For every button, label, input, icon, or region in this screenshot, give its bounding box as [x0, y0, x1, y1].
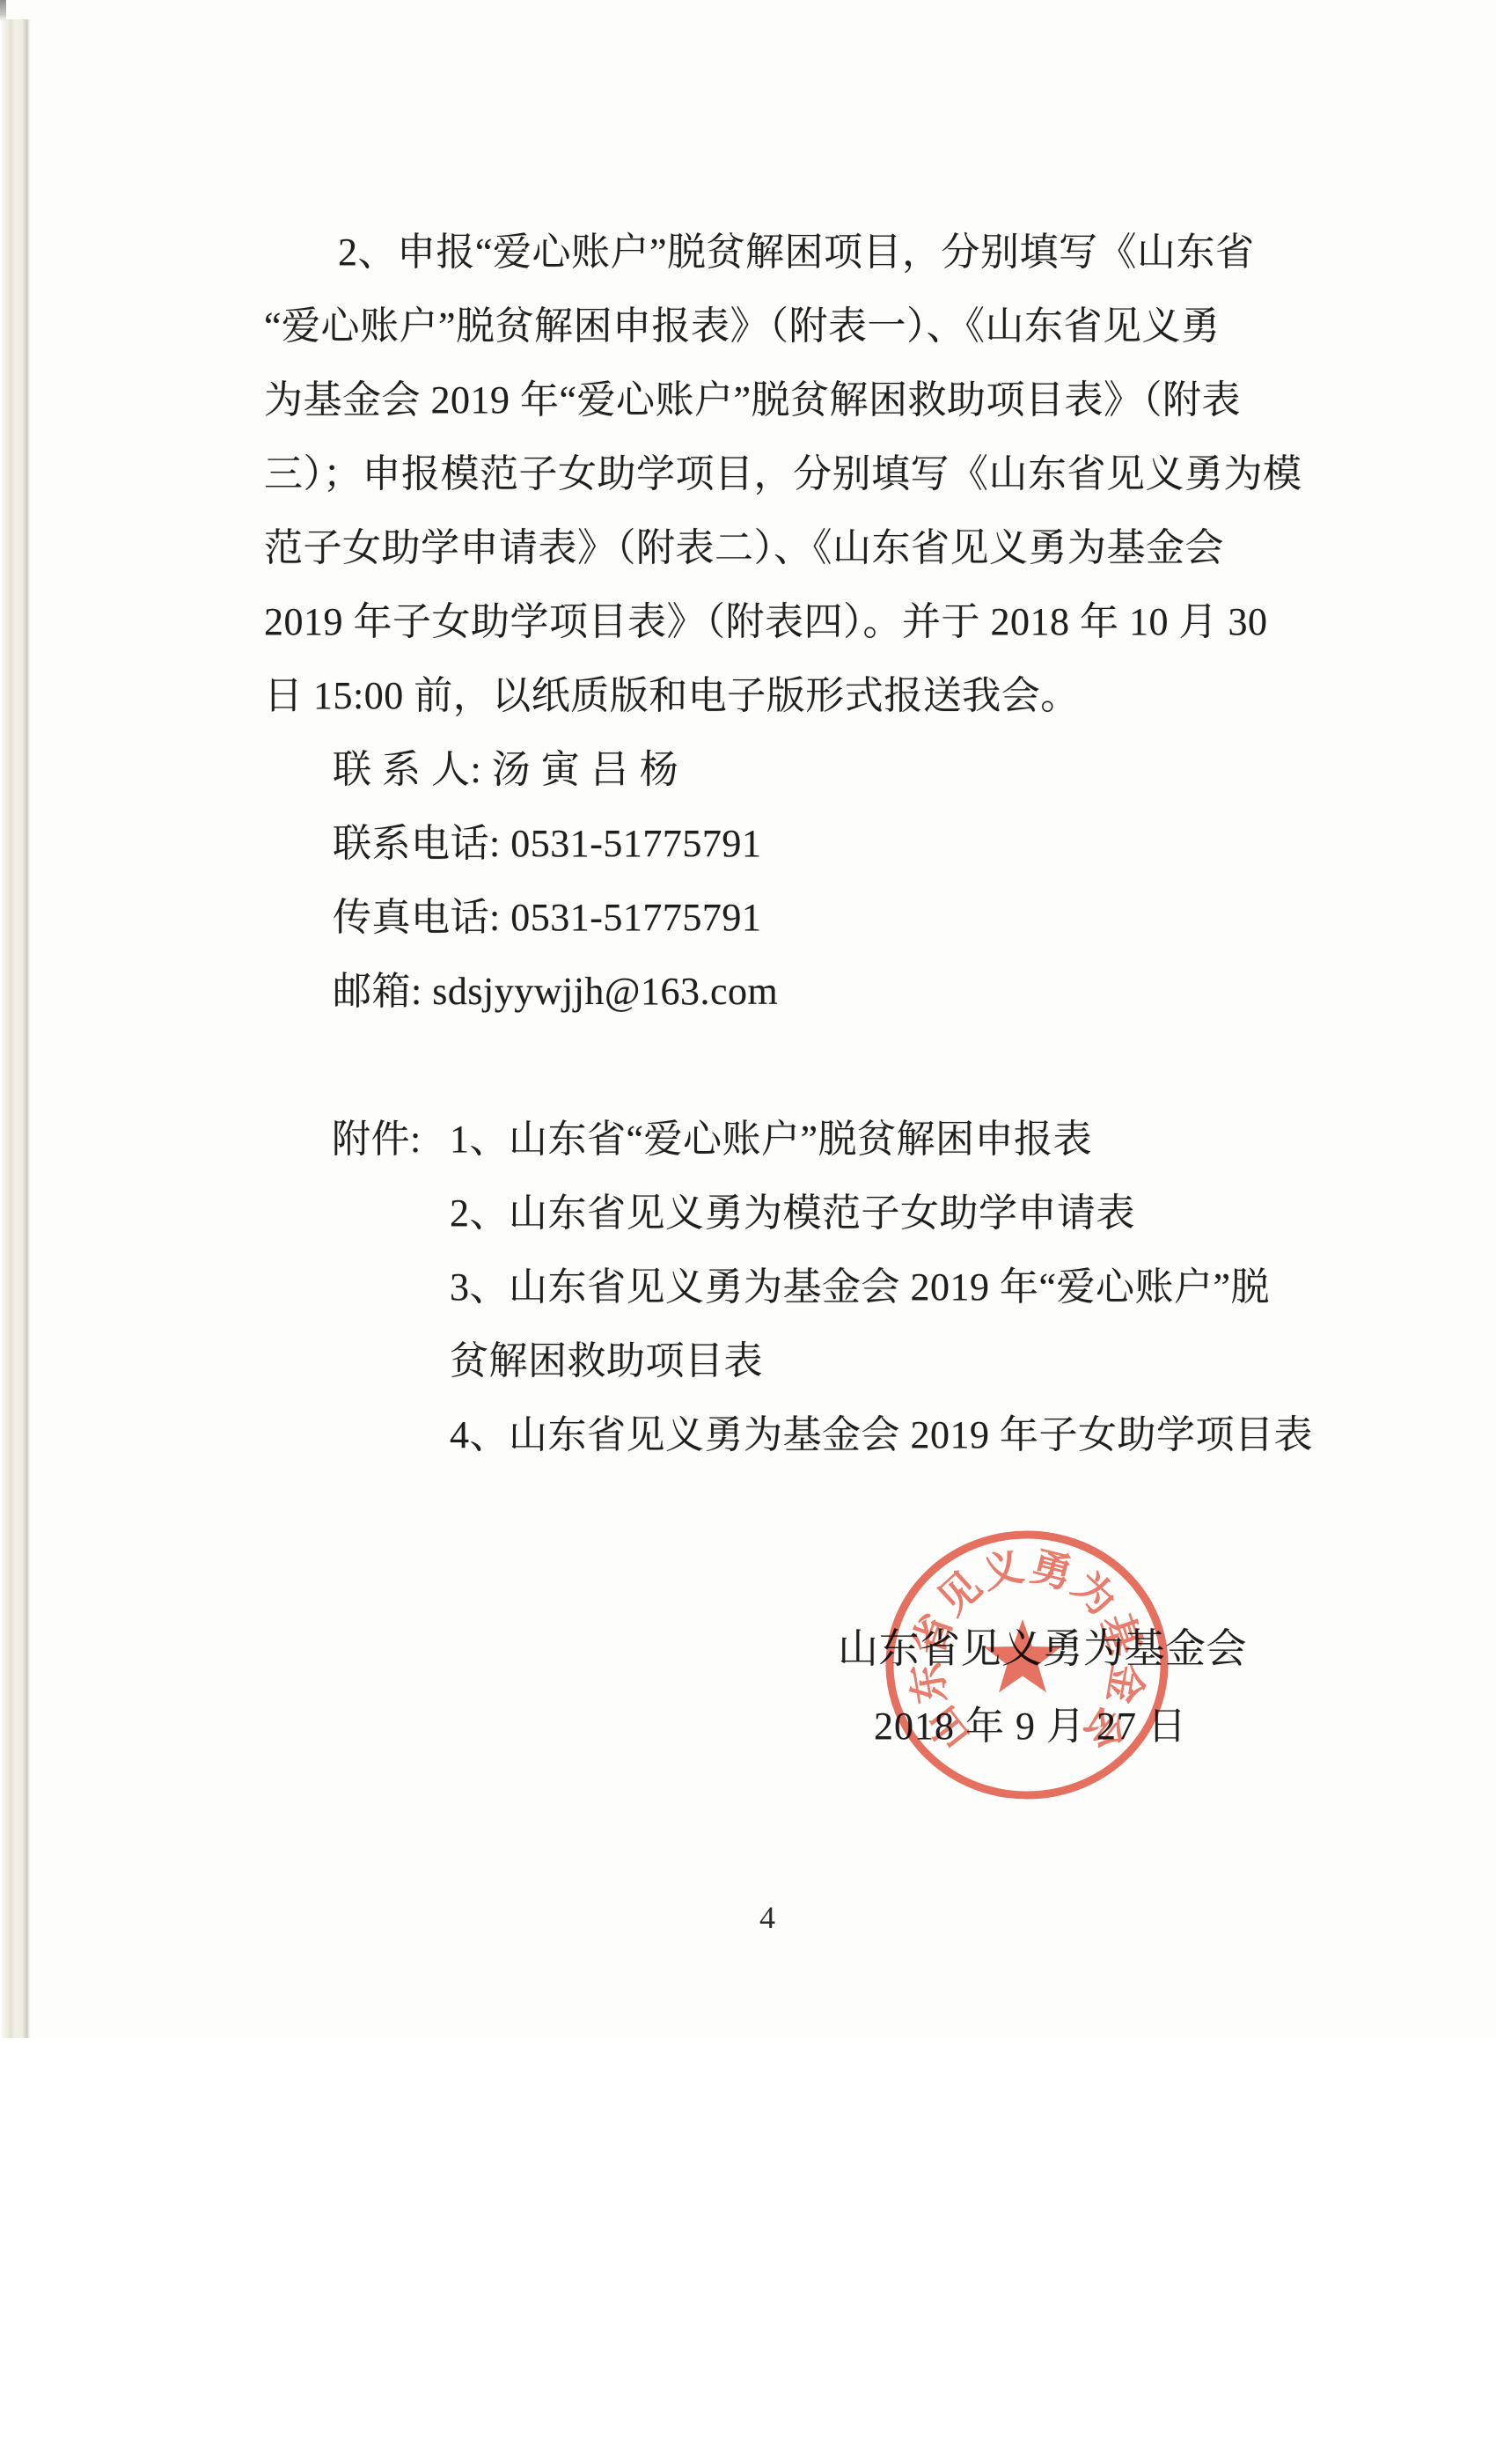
svg-text:义: 义 — [978, 1544, 1028, 1597]
paragraph-line: “爱心账户”脱贫解困申报表》（附表一）、《山东省见义勇 — [264, 290, 1320, 363]
svg-text:基: 基 — [1093, 1608, 1148, 1661]
attachment-item-text: 1、山东省“爱心账户”脱贫解困申报表 — [450, 1118, 1092, 1161]
svg-text:会: 会 — [1075, 1698, 1136, 1758]
attachment-item: 附件: 1、山东省“爱心账户”脱贫解困申报表 — [264, 1103, 1320, 1177]
contact-fax-line: 传真电话: 0531-51775791 — [264, 881, 1320, 955]
scanned-document-page: 2、申报“爱心账户”脱贫解困项目，分别填写《山东省 “爱心账户”脱贫解困申报表》… — [0, 0, 1496, 2038]
svg-text:勇: 勇 — [1026, 1544, 1076, 1597]
official-seal: 山东省见义勇为基金会 — [880, 1528, 1174, 1802]
contact-phone-line: 联系电话: 0531-51775791 — [264, 807, 1320, 881]
paragraph-line: 2、申报“爱心账户”脱贫解困项目，分别填写《山东省 — [264, 216, 1320, 290]
contact-person-line: 联 系 人: 汤 寅 吕 杨 — [264, 733, 1320, 807]
seal-star-icon — [984, 1619, 1060, 1692]
attachment-item: 3、山东省见义勇为基金会 2019 年“爱心账户”脱 — [264, 1250, 1320, 1324]
paragraph-line: 日 15:00 前，以纸质版和电子版形式报送我会。 — [264, 659, 1320, 733]
svg-text:东: 东 — [904, 1660, 955, 1707]
attachment-item-wrap: 贫解困救助项目表 — [264, 1324, 1320, 1398]
attachment-item: 4、山东省见义勇为基金会 2019 年子女助学项目表 — [264, 1398, 1320, 1472]
scan-corner-artifact — [0, 0, 6, 21]
attachment-item: 2、山东省见义勇为模范子女助学申请表 — [264, 1177, 1320, 1250]
paragraph-line: 为基金会 2019 年“爱心账户”脱贫解困救助项目表》（附表 — [264, 363, 1320, 437]
contact-email-line: 邮箱: sdsjyywjjh@163.com — [264, 955, 1320, 1029]
svg-text:见: 见 — [929, 1564, 989, 1624]
body-text-block: 2、申报“爱心账户”脱贫解困项目，分别填写《山东省 “爱心账户”脱贫解困申报表》… — [264, 216, 1320, 1029]
attachments-block: 附件: 1、山东省“爱心账户”脱贫解困申报表 2、山东省见义勇为模范子女助学申请… — [264, 1103, 1320, 1472]
paragraph-line: 2019 年子女助学项目表》（附表四）。并于 2018 年 10 月 30 — [264, 585, 1320, 659]
attachments-label: 附件: — [332, 1103, 422, 1177]
page-number: 4 — [739, 1899, 796, 1936]
svg-text:山: 山 — [919, 1698, 979, 1758]
svg-text:金: 金 — [1099, 1660, 1150, 1707]
paragraph-line: 范子女助学申请表》（附表二）、《山东省见义勇为基金会 — [264, 511, 1320, 585]
paragraph-line: 三）；申报模范子女助学项目，分别填写《山东省见义勇为模 — [264, 437, 1320, 511]
scan-left-edge-artifact — [0, 19, 32, 2038]
